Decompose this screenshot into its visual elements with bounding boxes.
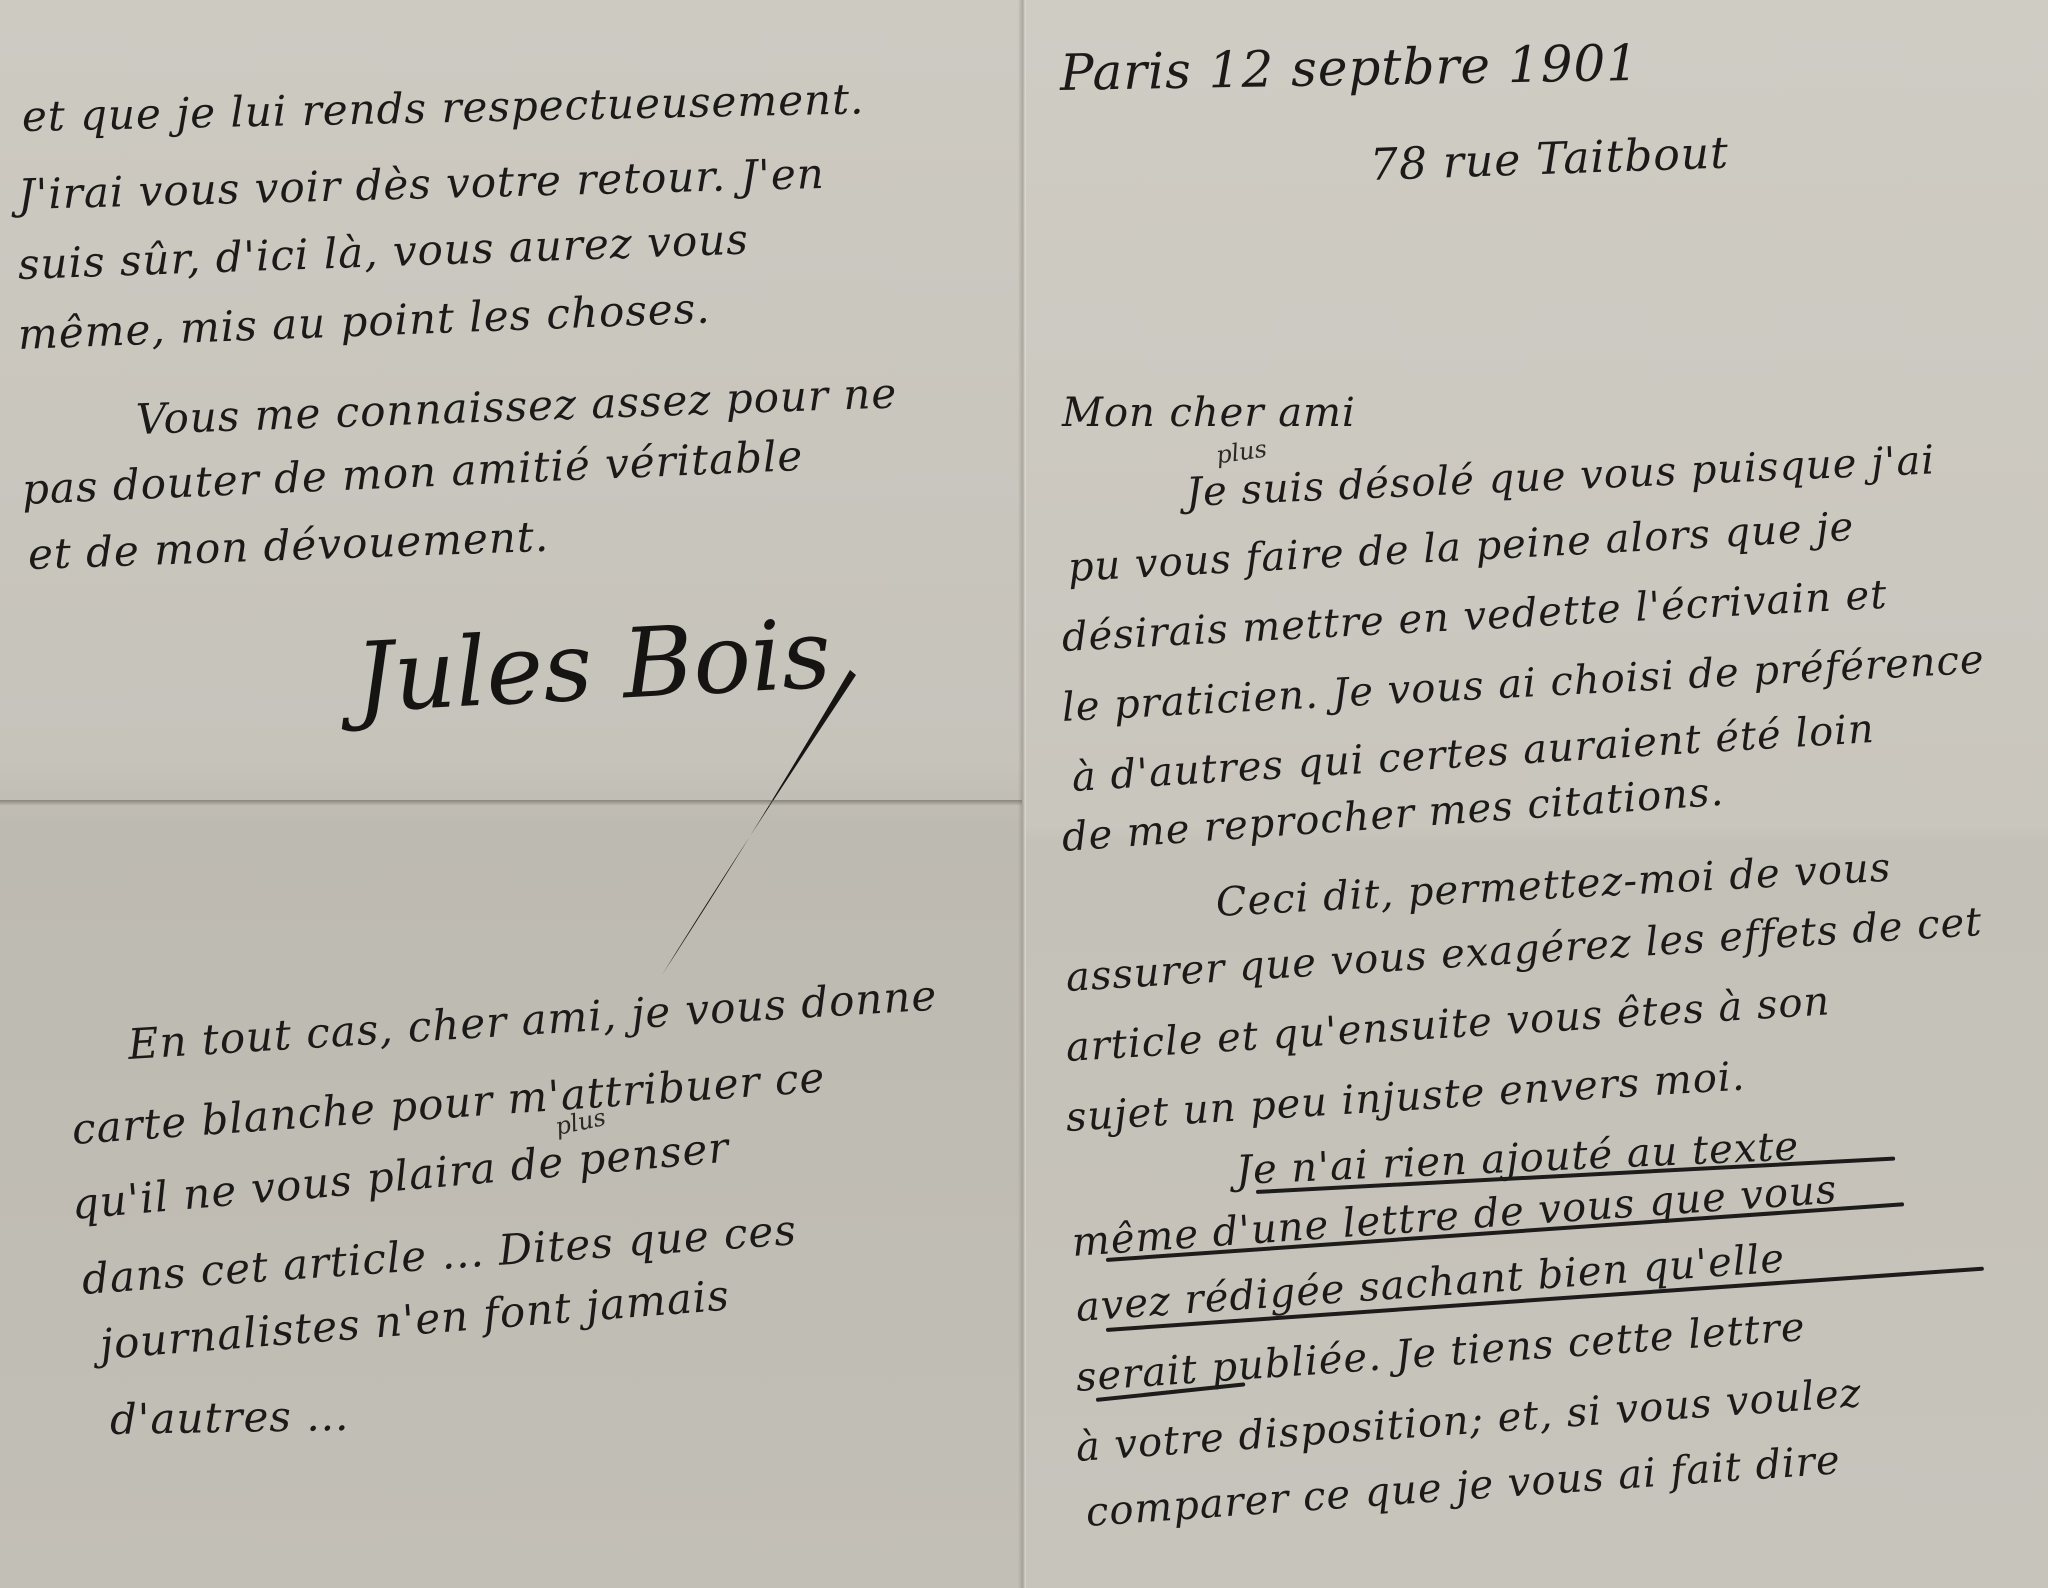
- body-line-1: Je suis désolé que vous puisque j'ai: [1185, 437, 1936, 516]
- left-line-1: et que je lui rends respectueusement.: [21, 74, 864, 141]
- signature-flourish: [650, 665, 870, 985]
- address: 78 rue Taitbout: [1369, 127, 1730, 190]
- interlinear-insert: plus: [1214, 435, 1268, 470]
- body-line-10: sujet un peu injuste envers moi.: [1065, 1054, 1747, 1141]
- left-page: et que je lui rends respectueusement. J'…: [0, 0, 1022, 1588]
- postscript-line-6: d'autres ...: [110, 1391, 350, 1444]
- right-page: Paris 12 septbre 1901 78 rue Taitbout Mo…: [1026, 0, 2048, 1588]
- place-date: Paris 12 septbre 1901: [1059, 34, 1639, 102]
- horizontal-crease: [0, 800, 1022, 806]
- letter-photo: et que je lui rends respectueusement. J'…: [0, 0, 2048, 1588]
- left-line-2: J'irai vous voir dès votre retour. J'en: [17, 149, 825, 219]
- left-line-3: suis sûr, d'ici là, vous aurez vous: [17, 214, 749, 288]
- body-line-8: assurer que vous exagérez les effets de …: [1065, 899, 1984, 1001]
- salutation: Mon cher ami: [1062, 390, 1356, 436]
- left-line-4: même, mis au point les choses.: [17, 283, 711, 359]
- left-line-7: et de mon dévouement.: [27, 512, 550, 579]
- body-line-2: pu vous faire de la peine alors que je: [1067, 504, 1856, 591]
